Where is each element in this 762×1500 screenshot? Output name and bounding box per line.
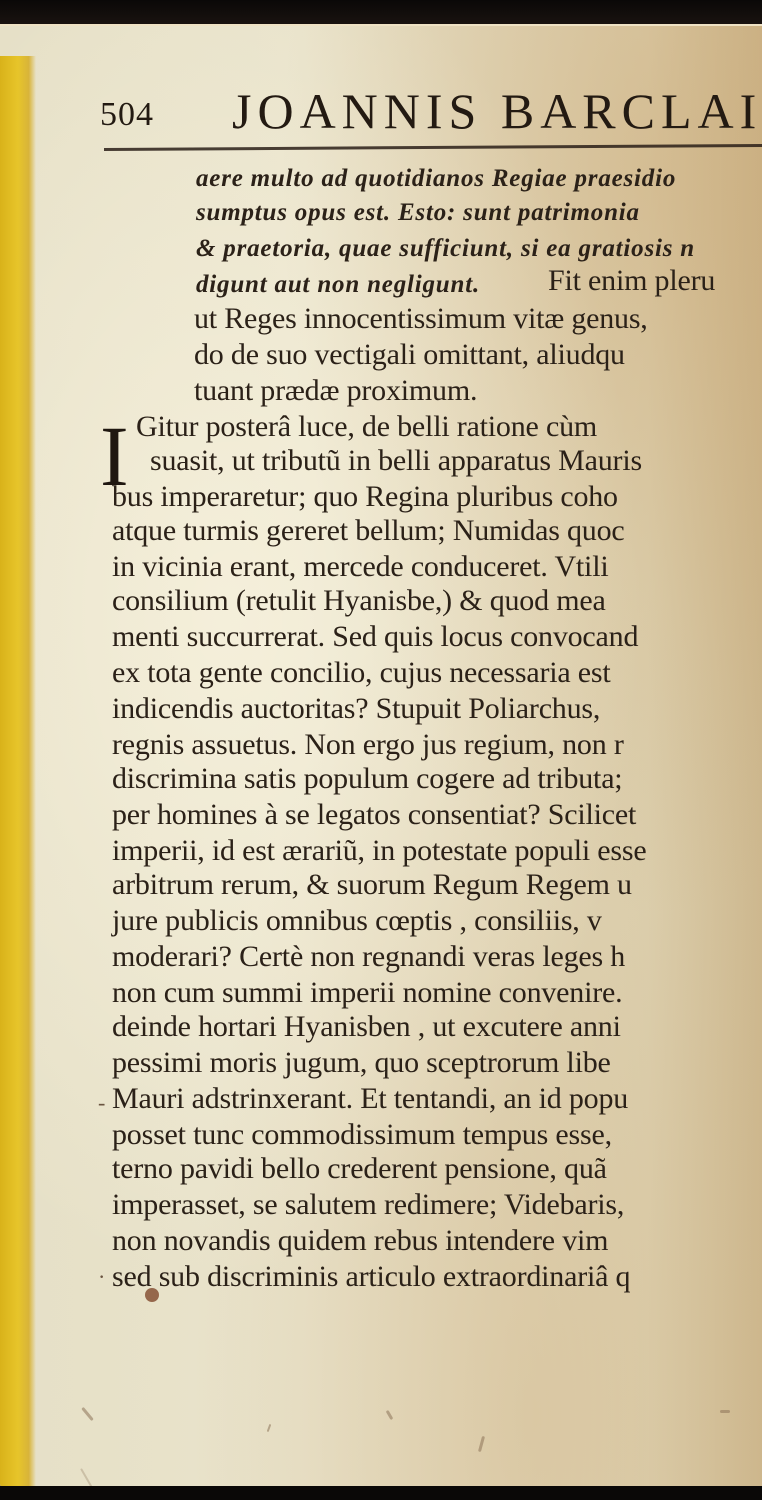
italic-line: digunt aut non negligunt. bbox=[196, 268, 480, 302]
body-text: aere multo ad quotidianos Regiae praesid… bbox=[0, 0, 762, 1500]
paragraph-line: jure publicis omnibus cœptis , consiliis… bbox=[112, 904, 602, 938]
italic-line: sumptus opus est. Esto: sunt patrimonia bbox=[196, 196, 640, 230]
paragraph-line: in vicinia erant, mercede conduceret. Vt… bbox=[112, 550, 608, 584]
paragraph-line: atque turmis gereret bellum; Numidas quo… bbox=[112, 514, 625, 548]
paragraph-line: per homines à se legatos consentiat? Sci… bbox=[112, 798, 636, 832]
margin-dash-mark: - bbox=[98, 1090, 105, 1116]
roman-line: tuant prædæ proximum. bbox=[194, 374, 477, 408]
paragraph-line: menti succurrerat. Sed quis locus convoc… bbox=[112, 620, 638, 654]
paragraph-line: non cum summi imperii nomine convenire. bbox=[112, 976, 622, 1010]
paragraph-line: discrimina satis populum cogere ad tribu… bbox=[112, 762, 622, 796]
italic-line: & praetoria, quae sufficiunt, si ea grat… bbox=[196, 232, 695, 266]
paragraph-line: ex tota gente concilio, cujus necessaria… bbox=[112, 656, 611, 690]
paragraph-line: moderari? Certè non regnandi veras leges… bbox=[112, 940, 625, 974]
paragraph-line: bus imperaretur; quo Regina pluribus coh… bbox=[112, 480, 618, 514]
paragraph-line: imperii, id est ærariũ, in potestate pop… bbox=[112, 834, 646, 868]
roman-line: do de suo vectigali omittant, aliudqu bbox=[194, 338, 625, 372]
paragraph-line: pessimi moris jugum, quo sceptrorum libe bbox=[112, 1046, 611, 1080]
paragraph-line: indicendis auctoritas? Stupuit Poliarchu… bbox=[112, 692, 600, 726]
italic-line: aere multo ad quotidianos Regiae praesid… bbox=[196, 162, 676, 196]
paragraph-line: non novandis quidem rebus intendere vim bbox=[112, 1224, 608, 1258]
paragraph-line: Mauri adstrinxerant. Et tentandi, an id … bbox=[112, 1082, 628, 1116]
paragraph-line: sed sub discriminis articulo extraordina… bbox=[112, 1260, 630, 1294]
margin-dot-mark: · bbox=[98, 1264, 105, 1290]
paragraph-line: imperasset, se salutem redimere; Videbar… bbox=[112, 1188, 624, 1222]
paragraph-line: deinde hortari Hyanisben , ut excutere a… bbox=[112, 1010, 621, 1044]
paragraph-line: suasit, ut tributũ in belli apparatus Ma… bbox=[150, 444, 642, 478]
roman-line: ut Reges innocentissimum vitæ genus, bbox=[194, 302, 648, 336]
paragraph-line: terno pavidi bello crederent pensione, q… bbox=[112, 1152, 607, 1186]
paragraph-line: regnis assuetus. Non ergo jus regium, no… bbox=[112, 728, 624, 762]
roman-continuation: Fit enim pleru bbox=[548, 264, 715, 298]
paragraph-line: arbitrum rerum, & suorum Regum Regem u bbox=[112, 868, 632, 902]
paragraph-line: posset tunc commodissimum tempus esse, bbox=[112, 1118, 612, 1152]
paragraph-line: Gitur posterâ luce, de belli ratione cùm bbox=[136, 410, 597, 444]
paragraph-line: consilium (retulit Hyanisbe,) & quod mea bbox=[112, 584, 606, 618]
ink-blot bbox=[145, 1288, 159, 1302]
